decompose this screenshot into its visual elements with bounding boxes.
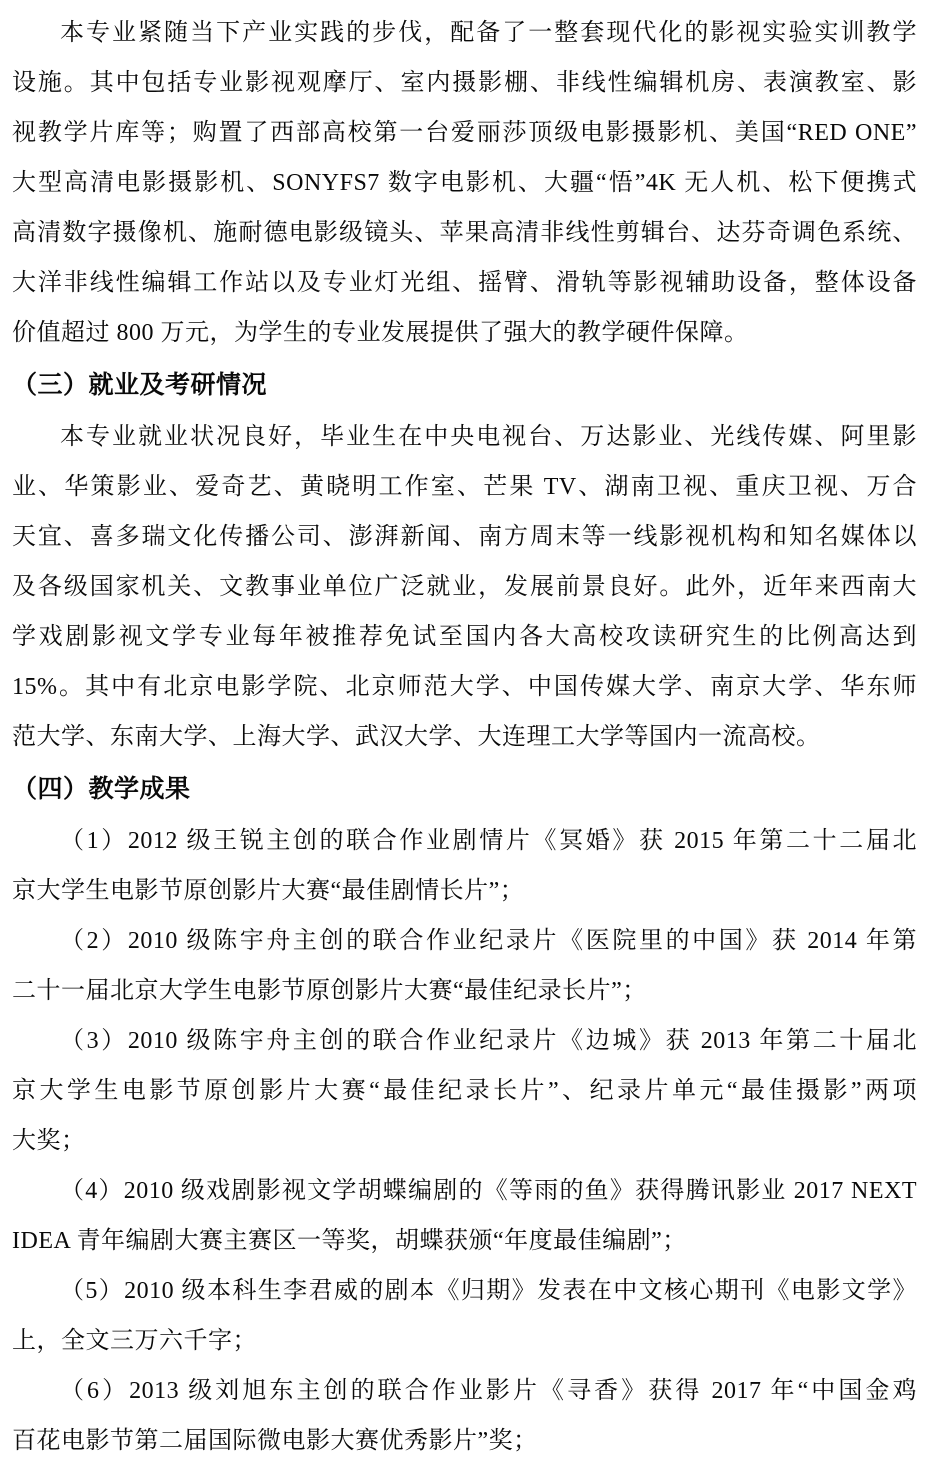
paragraph: 本专业就业状况良好，毕业生在中央电视台、万达影业、光线传媒、阿里影业、华策影业、… xyxy=(12,412,917,762)
text-line: IDEA 青年编剧大赛主赛区一等奖，胡蝶获颁“年度最佳编剧”； xyxy=(12,1216,917,1266)
text-line: 业、华策影业、爱奇艺、黄晓明工作室、芒果 TV、湖南卫视、重庆卫视、万合 xyxy=(12,462,917,512)
paragraph: （4）2010 级戏剧影视文学胡蝶编剧的《等雨的鱼》获得腾讯影业 2017 NE… xyxy=(12,1166,917,1266)
paragraph: （3）2010 级陈宇舟主创的联合作业纪录片《边城》获 2013 年第二十届北京… xyxy=(12,1016,917,1166)
text-line: 京大学生电影节原创影片大赛“最佳剧情长片”； xyxy=(12,866,917,916)
text-line: 视教学片库等；购置了西部高校第一台爱丽莎顶级电影摄影机、美国“RED ONE” xyxy=(12,108,917,158)
text-line: 京大学生电影节原创影片大赛“最佳纪录长片”、纪录片单元“最佳摄影”两项 xyxy=(12,1066,917,1116)
text-line: 高清数字摄像机、施耐德电影级镜头、苹果高清非线性剪辑台、达芬奇调色系统、 xyxy=(12,208,917,258)
text-line: 本专业紧随当下产业实践的步伐，配备了一整套现代化的影视实验实训教学 xyxy=(12,8,917,58)
text-line: 大奖； xyxy=(12,1116,917,1166)
section-heading: （三）就业及考研情况 xyxy=(12,358,917,412)
text-line: 百花电影节第二届国际微电影大赛优秀影片”奖； xyxy=(12,1416,917,1466)
text-line: 上，全文三万六千字； xyxy=(12,1316,917,1366)
text-line: （2）2010 级陈宇舟主创的联合作业纪录片《医院里的中国》获 2014 年第 xyxy=(12,916,917,966)
section-heading: （四）教学成果 xyxy=(12,762,917,816)
text-line: 范大学、东南大学、上海大学、武汉大学、大连理工大学等国内一流高校。 xyxy=(12,712,917,762)
text-line: 天宜、喜多瑞文化传播公司、澎湃新闻、南方周末等一线影视机构和知名媒体以 xyxy=(12,512,917,562)
text-line: 价值超过 800 万元，为学生的专业发展提供了强大的教学硬件保障。 xyxy=(12,308,917,358)
heading-line: （四）教学成果 xyxy=(12,762,917,816)
text-line: 及各级国家机关、文教事业单位广泛就业，发展前景良好。此外，近年来西南大 xyxy=(12,562,917,612)
text-line: （4）2010 级戏剧影视文学胡蝶编剧的《等雨的鱼》获得腾讯影业 2017 NE… xyxy=(12,1166,917,1216)
text-line: 15%。其中有北京电影学院、北京师范大学、中国传媒大学、南京大学、华东师 xyxy=(12,662,917,712)
paragraph: （1）2012 级王锐主创的联合作业剧情片《冥婚》获 2015 年第二十二届北京… xyxy=(12,816,917,916)
paragraph: （5）2010 级本科生李君威的剧本《归期》发表在中文核心期刊《电影文学》上，全… xyxy=(12,1266,917,1366)
text-line: 学戏剧影视文学专业每年被推荐免试至国内各大高校攻读研究生的比例高达到 xyxy=(12,612,917,662)
document-body: 本专业紧随当下产业实践的步伐，配备了一整套现代化的影视实验实训教学设施。其中包括… xyxy=(12,8,917,1466)
text-line: 大洋非线性编辑工作站以及专业灯光组、摇臂、滑轨等影视辅助设备，整体设备 xyxy=(12,258,917,308)
text-line: （5）2010 级本科生李君威的剧本《归期》发表在中文核心期刊《电影文学》 xyxy=(12,1266,917,1316)
text-line: （6）2013 级刘旭东主创的联合作业影片《寻香》获得 2017 年“中国金鸡 xyxy=(12,1366,917,1416)
paragraph: （6）2013 级刘旭东主创的联合作业影片《寻香》获得 2017 年“中国金鸡百… xyxy=(12,1366,917,1466)
document-page: 本专业紧随当下产业实践的步伐，配备了一整套现代化的影视实验实训教学设施。其中包括… xyxy=(0,0,931,1468)
text-line: 设施。其中包括专业影视观摩厅、室内摄影棚、非线性编辑机房、表演教室、影 xyxy=(12,58,917,108)
text-line: 本专业就业状况良好，毕业生在中央电视台、万达影业、光线传媒、阿里影 xyxy=(12,412,917,462)
text-line: 大型高清电影摄影机、SONYFS7 数字电影机、大疆“悟”4K 无人机、松下便携… xyxy=(12,158,917,208)
text-line: （3）2010 级陈宇舟主创的联合作业纪录片《边城》获 2013 年第二十届北 xyxy=(12,1016,917,1066)
paragraph: 本专业紧随当下产业实践的步伐，配备了一整套现代化的影视实验实训教学设施。其中包括… xyxy=(12,8,917,358)
heading-line: （三）就业及考研情况 xyxy=(12,358,917,412)
paragraph: （2）2010 级陈宇舟主创的联合作业纪录片《医院里的中国》获 2014 年第二… xyxy=(12,916,917,1016)
text-line: （1）2012 级王锐主创的联合作业剧情片《冥婚》获 2015 年第二十二届北 xyxy=(12,816,917,866)
text-line: 二十一届北京大学生电影节原创影片大赛“最佳纪录长片”； xyxy=(12,966,917,1016)
